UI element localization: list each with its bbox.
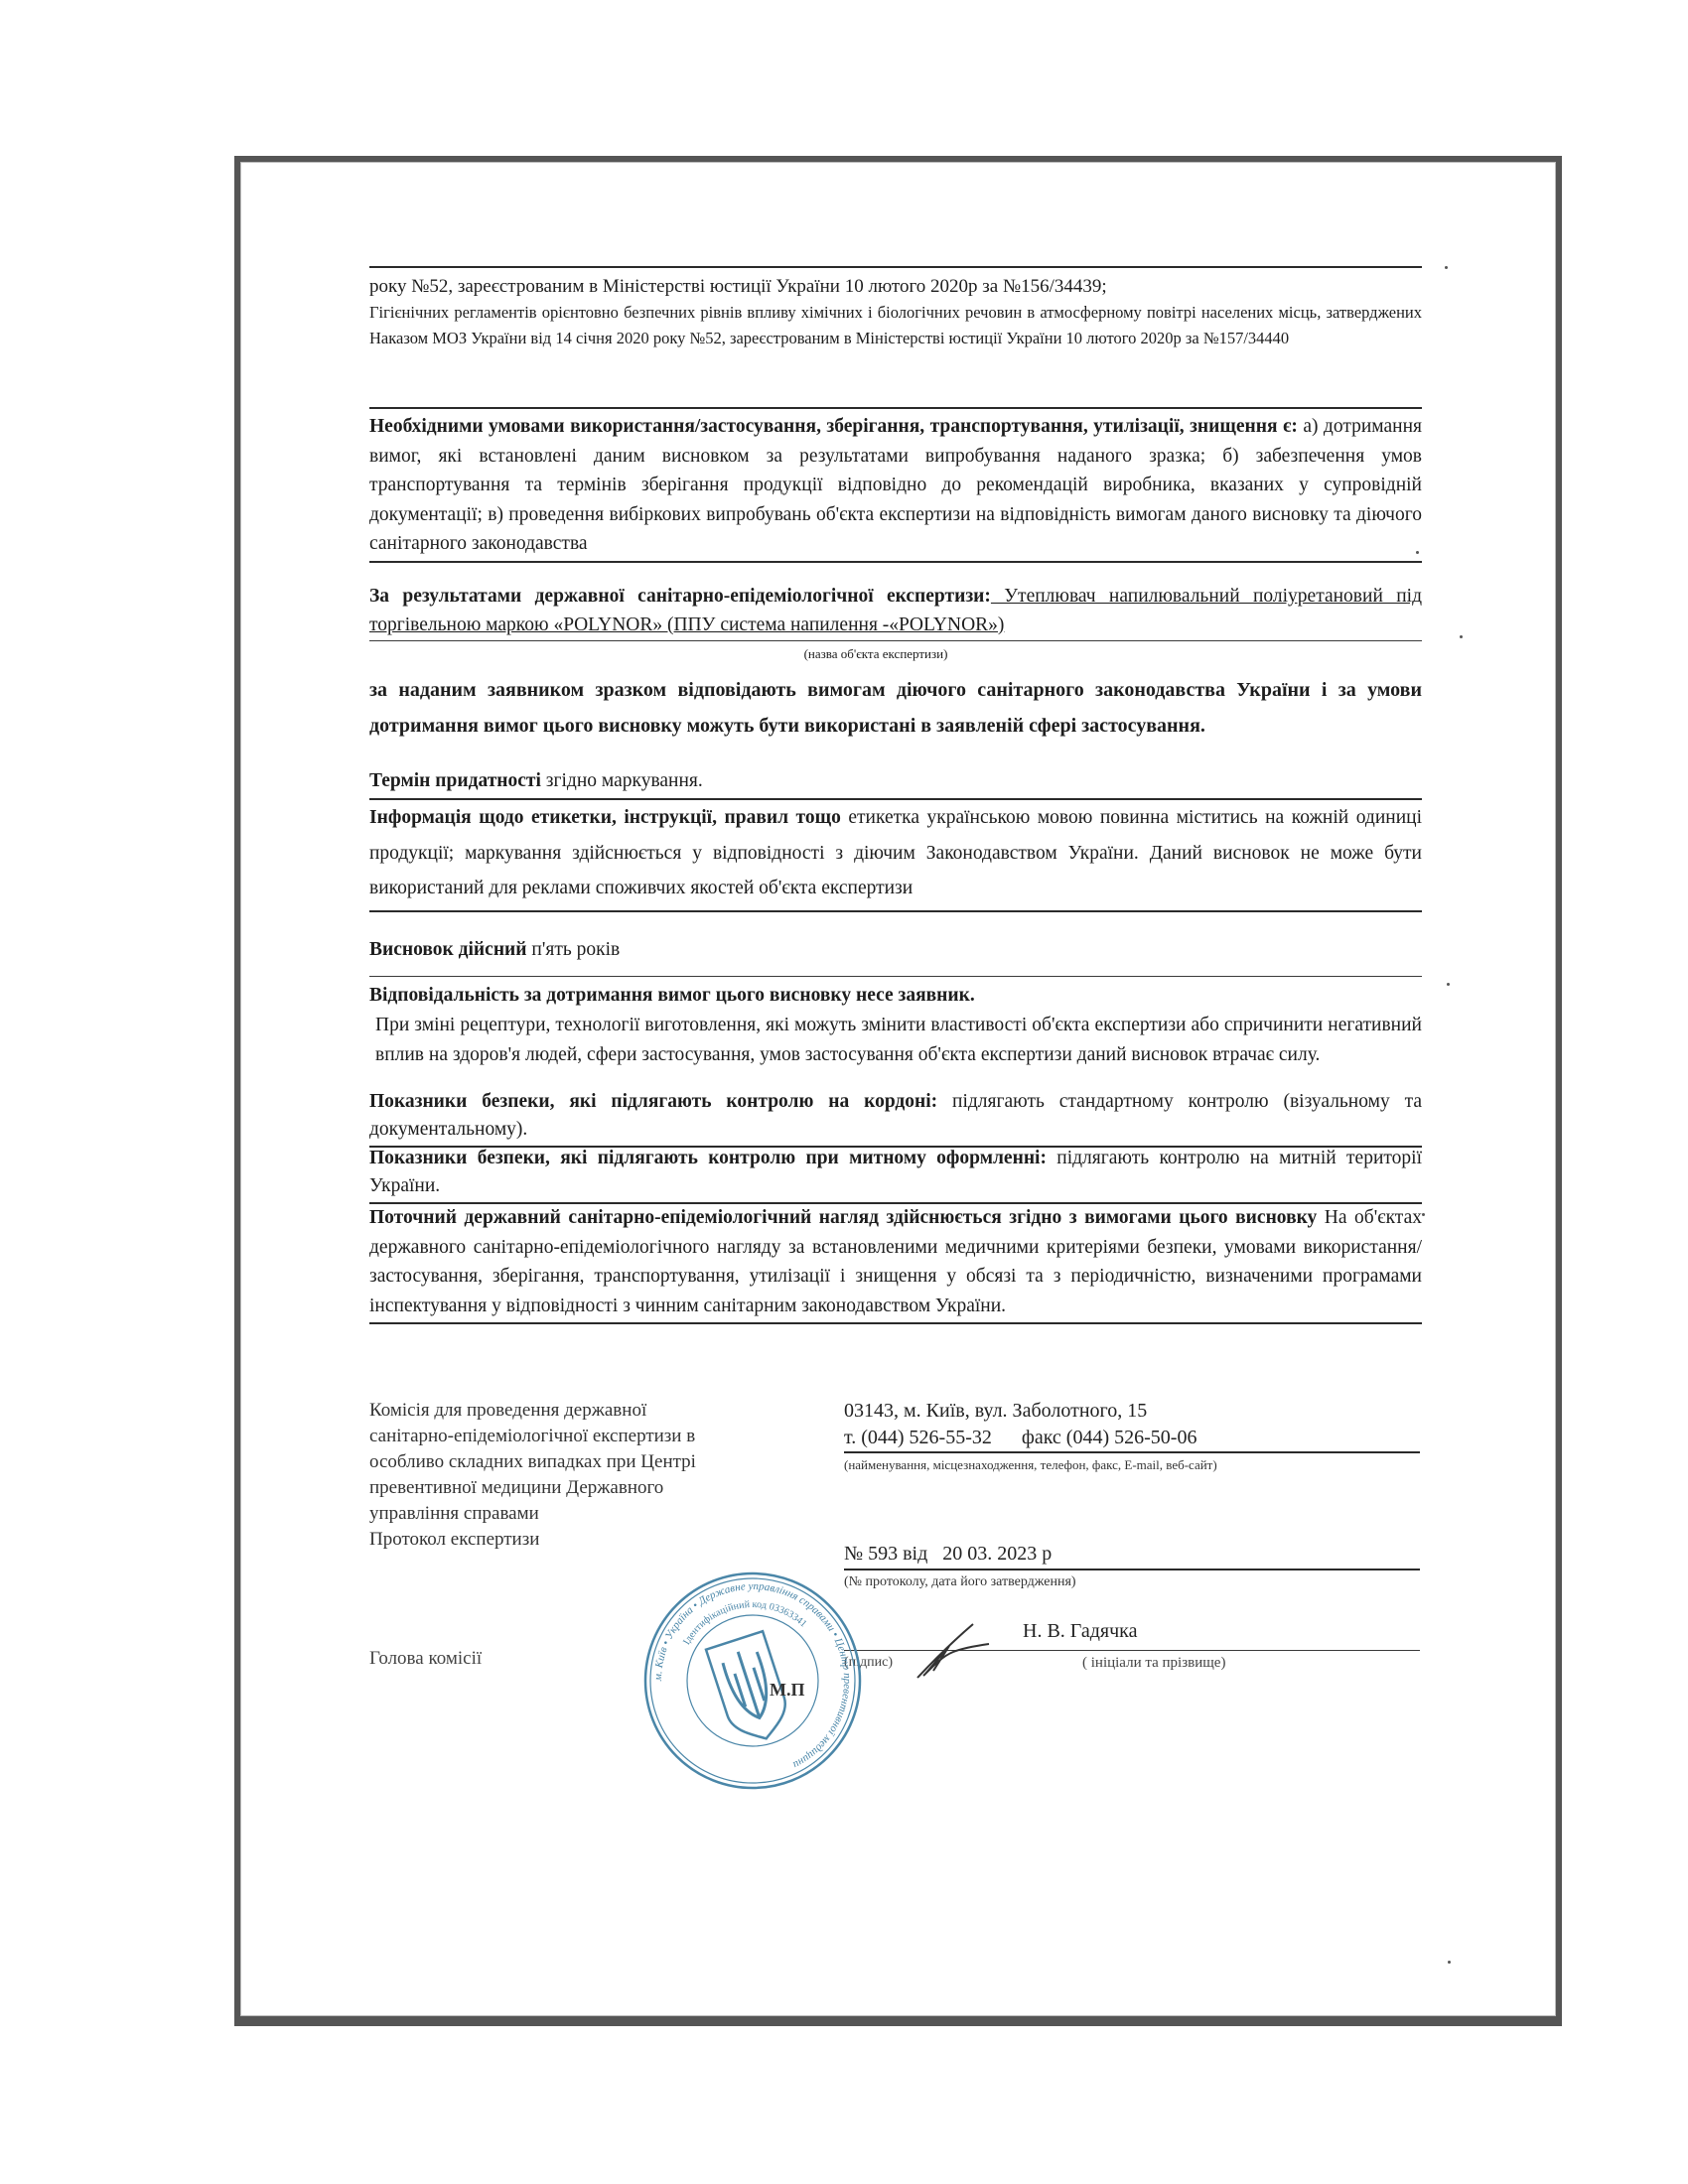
validity-value: п'ять років	[527, 939, 621, 960]
commission-line: санітарно-епідеміологічної експертизи в	[369, 1424, 786, 1449]
conclusion-text: за наданим заявником зразком відповідают…	[369, 672, 1422, 744]
official-seal-icon: м. Київ • Україна • Державне управління …	[642, 1570, 863, 1791]
intro-section: року №52, зареєстрованим в Міністерстві …	[369, 266, 1422, 351]
conditions-lead: Необхідними умовами використання/застосу…	[369, 416, 1298, 437]
conditions-text: Необхідними умовами використання/застосу…	[369, 412, 1422, 559]
labeling-section: Інформація щодо етикетки, інструкції, пр…	[369, 800, 1422, 912]
responsibility-lead: Відповідальність за дотримання вимог цьо…	[369, 981, 1422, 1011]
conditions-section: Необхідними умовами використання/застосу…	[369, 407, 1422, 563]
responsibility-body: При зміні рецептури, технології виготовл…	[369, 1011, 1422, 1070]
validity-section: Висновок дійсний п'ять років	[369, 935, 1422, 977]
protocol-label: Протокол експертизи	[369, 1527, 786, 1553]
protocol-caption: (№ протоколу, дата його затвердження)	[844, 1574, 1241, 1590]
shelf-life-section: Термін придатності згідно маркування.	[369, 766, 1422, 800]
divider	[369, 976, 1422, 977]
address-block: 03143, м. Київ, вул. Заболотного, 15 т. …	[844, 1398, 1420, 1451]
shelf-life-text: Термін придатності згідно маркування.	[369, 766, 1422, 796]
shelf-life-lead: Термін придатності	[369, 770, 541, 791]
validity-lead: Висновок дійсний	[369, 939, 527, 960]
svg-text:М.П: М.П	[770, 1680, 805, 1700]
divider	[844, 1569, 1420, 1570]
head-of-commission-label: Голова комісії	[369, 1648, 482, 1670]
commission-line: превентивної медицини Державного	[369, 1475, 786, 1501]
results-lead: За результатами державної санітарно-епід…	[369, 586, 991, 607]
responsibility-section: Відповідальність за дотримання вимог цьо…	[369, 981, 1422, 1070]
results-text: За результатами державної санітарно-епід…	[369, 582, 1422, 639]
divider	[369, 266, 1422, 268]
customs-control-lead: Показники безпеки, які підлягають контро…	[369, 1148, 1047, 1168]
protocol-number: № 593 від 20 03. 2023 р	[844, 1543, 1420, 1566]
customs-control-section: Показники безпеки, які підлягають контро…	[369, 1145, 1422, 1204]
address-line: 03143, м. Київ, вул. Заболотного, 15	[844, 1398, 1420, 1425]
divider	[369, 640, 1422, 641]
commission-line: управління справами	[369, 1501, 786, 1527]
phone-fax-line: т. (044) 526-55-32 факс (044) 526-50-06	[844, 1425, 1420, 1451]
border-control-section: Показники безпеки, які підлягають контро…	[369, 1088, 1422, 1148]
supervision-text: Поточний державний санітарно-епідеміолог…	[369, 1203, 1422, 1320]
validity-text: Висновок дійсний п'ять років	[369, 935, 1422, 965]
divider	[369, 561, 1422, 563]
commission-line: особливо складних випадках при Центрі	[369, 1449, 786, 1475]
commission-line: Комісія для проведення державної	[369, 1398, 786, 1424]
name-caption: ( ініціали та прізвище)	[1082, 1655, 1225, 1672]
object-caption: (назва об'єкта експертизи)	[330, 645, 1422, 663]
divider	[369, 407, 1422, 409]
divider	[369, 1322, 1422, 1324]
intro-line-1: року №52, зареєстрованим в Міністерстві …	[369, 273, 1422, 300]
signer-name: Н. В. Гадячка	[1023, 1620, 1321, 1643]
divider	[844, 1451, 1420, 1453]
customs-control-text: Показники безпеки, які підлягають контро…	[369, 1145, 1422, 1200]
commission-block: Комісія для проведення державної санітар…	[369, 1398, 786, 1553]
border-control-text: Показники безпеки, які підлягають контро…	[369, 1088, 1422, 1144]
shelf-life-value: згідно маркування.	[541, 770, 703, 791]
divider	[369, 910, 1422, 912]
conclusion-section: за наданим заявником зразком відповідают…	[369, 672, 1422, 744]
intro-line-2: Гігієнічних регламентів орієнтовно безпе…	[369, 300, 1422, 351]
labeling-lead: Інформація щодо етикетки, інструкції, пр…	[369, 807, 841, 828]
supervision-section: Поточний державний санітарно-епідеміолог…	[369, 1203, 1422, 1324]
labeling-text: Інформація щодо етикетки, інструкції, пр…	[369, 800, 1422, 906]
border-control-lead: Показники безпеки, які підлягають контро…	[369, 1091, 937, 1112]
results-section: За результатами державної санітарно-епід…	[369, 582, 1422, 663]
address-caption: (найменування, місцезнаходження, телефон…	[844, 1457, 1420, 1473]
supervision-lead: Поточний державний санітарно-епідеміолог…	[369, 1207, 1317, 1228]
signature-icon	[914, 1616, 993, 1686]
